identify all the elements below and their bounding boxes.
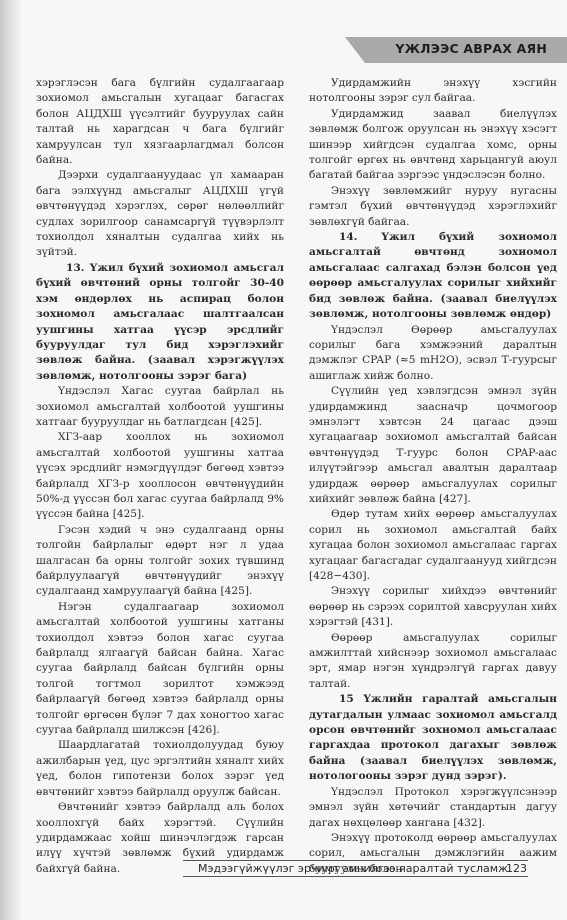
paragraph: Энэхүү сорилыг хийхдээ өвчтөнийг өөрөөр … [309, 584, 557, 630]
paragraph: Шаардлагатай тохиолдолуудад буюу ажилбар… [36, 738, 284, 800]
paragraph: Үндэслэл Өөрөөр амьсгалуулах сорилыг баг… [309, 323, 557, 385]
paragraph: Үндэслэл Хагас суугаа байрлал нь зохиомо… [36, 384, 284, 430]
left-column: хэрэглэсэн бага бүлгийн судалгаагаар зох… [36, 76, 284, 877]
paragraph: Энэхүү зөвлөмжийг нуруу нугасны гэмтэл б… [309, 184, 557, 230]
running-footer-title: Мэдээгүйжүүлэг эрчимт эмчилгээ яаралтай … [198, 862, 508, 875]
paragraph: Гэсэн хэдий ч энэ судалгаанд орны толгой… [36, 523, 284, 600]
paragraph: Өөрөөр амьсгалуулах сорилыг амжилттай хи… [309, 631, 557, 693]
paragraph: Нэгэн судалгаагаар зохиомол амьсгалтай х… [36, 600, 284, 739]
paragraph: Сүүлийн үед хэвлэгдсэн эмнэл зүйн удирда… [309, 384, 557, 507]
paragraph: Өдөр тутам хийх өөрөөр амьсгалуулах сори… [309, 507, 557, 584]
paragraph: Удирдамжид заавал биелүүлэх зөвлөмж болг… [309, 107, 557, 184]
paragraph: ХГЗ-аар хооллох нь зохиомол амьсгалтай х… [36, 430, 284, 522]
page-number: 123 [506, 862, 527, 875]
footer-rule-top [183, 860, 528, 861]
recommendation-heading-15: 15 Үжлийн гаралтай амьсгалын дутагдалын … [309, 692, 557, 784]
running-header-title: ҮЖЛЭЭС АВРАХ АЯН [395, 41, 547, 56]
recommendation-heading-13: 13. Үжил бүхий зохиомол амьсгал бүхий өв… [36, 261, 284, 384]
paragraph: Үндэслэл Протокол хэрэгжүүлсэнээр эмнэл … [309, 785, 557, 831]
footer-rule-bottom [183, 876, 528, 877]
paragraph: Удирдамжийн энэхүү хэсгийн нотолгооны зэ… [309, 76, 557, 107]
right-column: Удирдамжийн энэхүү хэсгийн нотолгооны зэ… [309, 76, 557, 877]
recommendation-heading-14: 14. Үжил бүхий зохиомол амьсгалтай өвчтө… [309, 230, 557, 322]
page-gutter-shadow [0, 0, 22, 920]
paragraph: Дээрхи судалгаануудаас үл хамааран бага … [36, 168, 284, 260]
paragraph: хэрэглэсэн бага бүлгийн судалгаагаар зох… [36, 76, 284, 168]
